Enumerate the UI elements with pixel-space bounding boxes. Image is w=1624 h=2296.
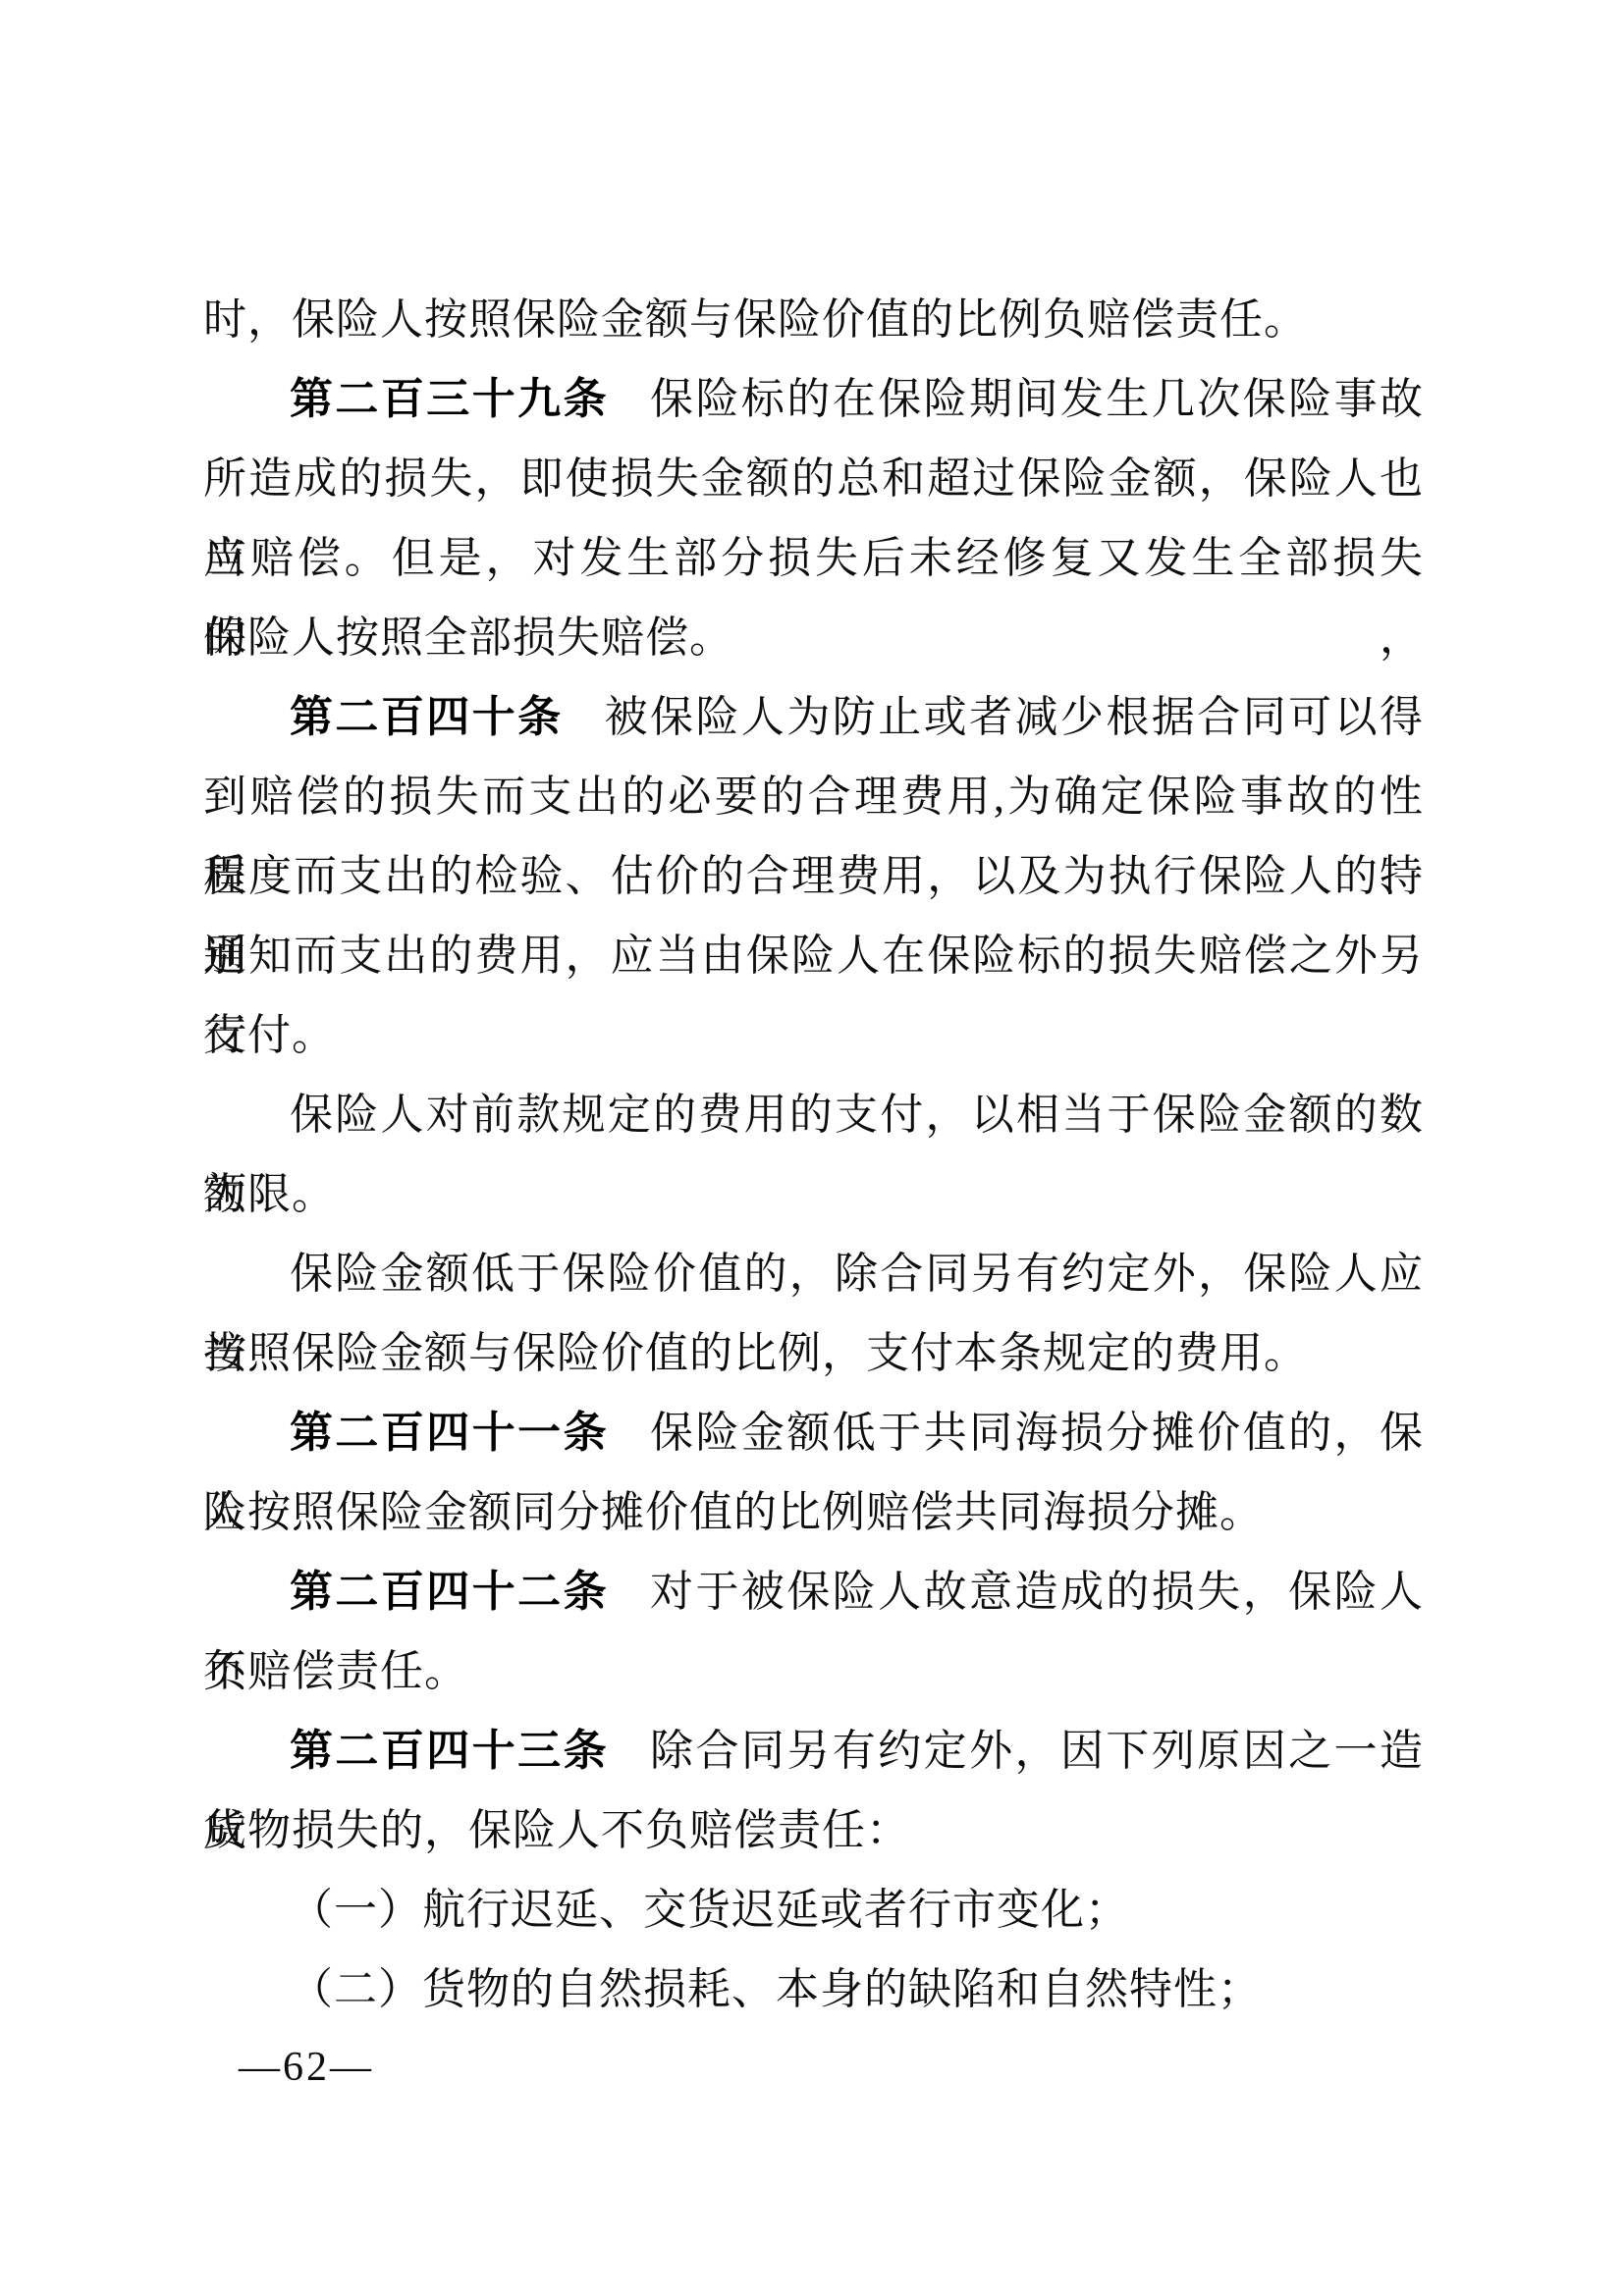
text-segment: （一）航行迟延、交货迟延或者行市变化； xyxy=(290,1886,1129,1934)
article-number: 第二百四十条 xyxy=(290,693,564,741)
text-segment: 支付。 xyxy=(203,1011,336,1059)
text-segment: 货物损失的，保险人不负赔偿责任： xyxy=(203,1806,910,1854)
text-line: 货物损失的，保险人不负赔偿责任： xyxy=(203,1790,1424,1870)
article-number: 第二百四十三条 xyxy=(290,1727,609,1775)
text-segment: 按照保险金额与保险价值的比例，支付本条规定的费用。 xyxy=(203,1329,1308,1377)
text-segment: 保险人按照全部损失赔偿。 xyxy=(203,614,733,662)
text-line: 第二百四十三条除合同另有约定外，因下列原因之一造成 xyxy=(203,1711,1424,1790)
text-segment: 时，保险人按照保险金额与保险价值的比例负赔偿责任。 xyxy=(203,295,1308,344)
text-line: 所造成的损失，即使损失金额的总和超过保险金额，保险人也应 xyxy=(203,439,1424,518)
text-segment: 人按照保险金额同分摊价值的比例赔偿共同海损分摊。 xyxy=(203,1488,1264,1536)
text-line: 当赔偿。但是，对发生部分损失后未经修复又发生全部损失的， xyxy=(203,518,1424,598)
article-number: 第二百四十二条 xyxy=(290,1568,609,1616)
text-line: （一）航行迟延、交货迟延或者行市变化； xyxy=(203,1870,1424,1949)
text-line: 程度而支出的检验、估价的合理费用，以及为执行保险人的特别 xyxy=(203,836,1424,916)
document-body: 时，保险人按照保险金额与保险价值的比例负赔偿责任。第二百三十九条保险标的在保险期… xyxy=(203,280,1424,2029)
text-line: 通知而支出的费用，应当由保险人在保险标的损失赔偿之外另行 xyxy=(203,916,1424,995)
text-segment: （二）货物的自然损耗、本身的缺陷和自然特性； xyxy=(290,1965,1262,2013)
article-number: 第二百四十一条 xyxy=(290,1409,609,1457)
text-segment: 保险标的在保险期间发生几次保险事故 xyxy=(650,375,1424,423)
text-line: 第二百四十二条对于被保险人故意造成的损失，保险人不 xyxy=(203,1552,1424,1631)
text-line: 支付。 xyxy=(203,995,1424,1075)
text-segment: 被保险人为防止或者减少根据合同可以得 xyxy=(605,693,1424,741)
document-page: 时，保险人按照保险金额与保险价值的比例负赔偿责任。第二百三十九条保险标的在保险期… xyxy=(0,0,1624,2296)
text-line: 第二百三十九条保险标的在保险期间发生几次保险事故 xyxy=(203,359,1424,439)
text-segment: 为限。 xyxy=(203,1170,336,1218)
text-line: 人按照保险金额同分摊价值的比例赔偿共同海损分摊。 xyxy=(203,1472,1424,1552)
text-line: 保险金额低于保险价值的，除合同另有约定外，保险人应当 xyxy=(203,1234,1424,1313)
text-line: 第二百四十一条保险金额低于共同海损分摊价值的，保险 xyxy=(203,1393,1424,1472)
text-segment: 负赔偿责任。 xyxy=(203,1647,468,1695)
text-line: 第二百四十条被保险人为防止或者减少根据合同可以得 xyxy=(203,677,1424,757)
text-line: 为限。 xyxy=(203,1154,1424,1234)
text-line: 保险人对前款规定的费用的支付，以相当于保险金额的数额 xyxy=(203,1075,1424,1154)
text-line: 负赔偿责任。 xyxy=(203,1631,1424,1711)
text-line: （二）货物的自然损耗、本身的缺陷和自然特性； xyxy=(203,1949,1424,2029)
text-line: 时，保险人按照保险金额与保险价值的比例负赔偿责任。 xyxy=(203,280,1424,359)
text-line: 按照保险金额与保险价值的比例，支付本条规定的费用。 xyxy=(203,1313,1424,1393)
page-number: —62— xyxy=(239,2044,374,2091)
text-line: 到赔偿的损失而支出的必要的合理费用,为确定保险事故的性质、 xyxy=(203,757,1424,836)
article-number: 第二百三十九条 xyxy=(290,375,609,423)
